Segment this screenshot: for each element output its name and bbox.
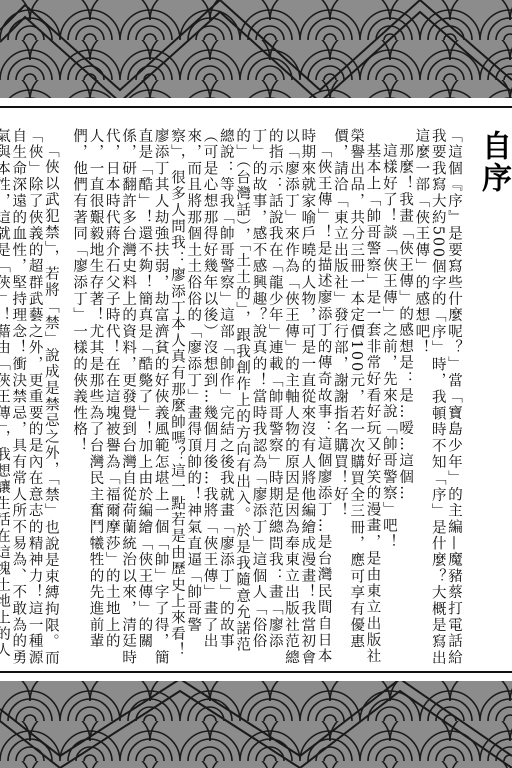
wave-pattern-icon: [0, 681, 512, 768]
paragraph-4: 基本上「帥哥警察」是一套非常好看好玩又好笑的漫畫，是由東立出版社榮譽出品，共分三…: [332, 128, 381, 668]
paragraph-3: 這樣好了！談「俠王傳」之前，先來說「帥哥警察」吧！: [381, 128, 397, 668]
paragraph-5: 「俠王傳」！是描述廖添丁的傳奇故事：這個廖添丁…是台灣民間自日本時期來就家喻戶曉…: [71, 128, 332, 668]
top-decorative-border: [0, 0, 512, 98]
preface-body: 「這個『序』是要寫些什麼呢？」當「寶島少年」的主編—魔豬蔡打電話給我要我寫大約5…: [42, 128, 462, 668]
page-title: 自序: [476, 130, 510, 194]
paragraph-gap: [59, 128, 71, 668]
top-rule-line: [0, 106, 512, 108]
paragraph-1: 「這個『序』是要寫些什麼呢？」當「寶島少年」的主編—魔豬蔡打電話給我要我寫大約5…: [413, 128, 462, 668]
bottom-rule-line: [0, 671, 512, 673]
paragraph-6: 「俠以武犯禁」，若將「禁」說成是禁忌之外，「禁」也說是束縛拘限。而「俠」除了俠義…: [0, 128, 59, 668]
paragraph-2: 那麼！我畫「俠王傳」的感想是：是…嗳…這個…: [397, 128, 413, 668]
bottom-decorative-border: [0, 681, 512, 768]
wave-pattern-icon: [0, 0, 512, 98]
